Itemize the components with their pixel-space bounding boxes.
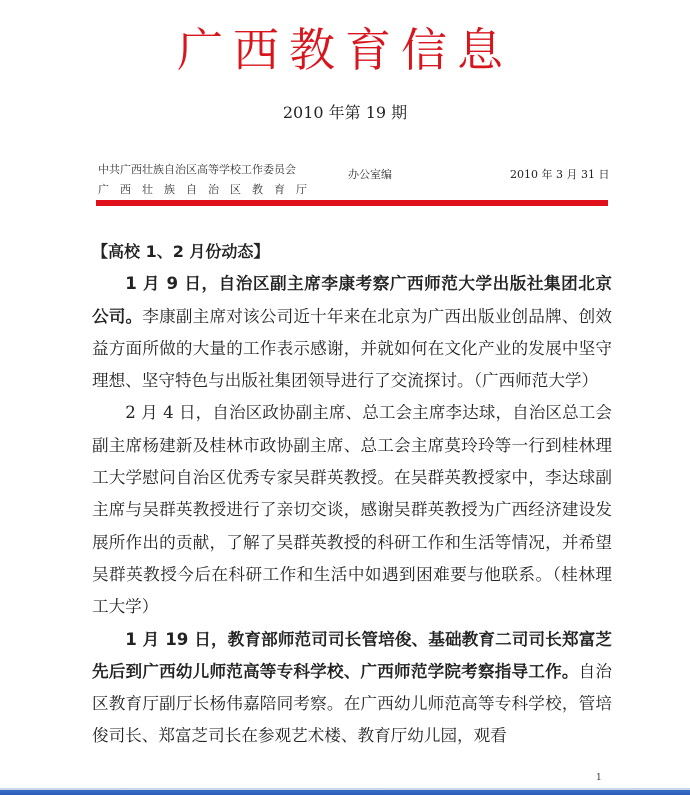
taskbar-edge — [0, 788, 690, 795]
page-number: 1 — [596, 773, 602, 783]
publisher-line-1: 中共广西壮族自治区高等学校工作委员会 — [98, 160, 318, 180]
paragraph-3-lead: 1 月 19 日，教育部师范司司长管培俊、基础教育二司司长郑富芝先后到广西幼儿师… — [92, 630, 612, 681]
paragraph-1-body: 李康副主席对该公司近十年来在北京为广西出版业创品牌、创效益方面所做的大量的工作表… — [92, 307, 612, 391]
issue-number: 2010 年第 19 期 — [0, 100, 690, 123]
publisher-line-2: 广西壮族自治区教育厅 — [98, 180, 318, 200]
section-heading: 【高校 1、2 月份动态】 — [92, 236, 612, 268]
article-body: 【高校 1、2 月份动态】 1 月 9 日，自治区副主席李康考察广西师范大学出版… — [92, 236, 612, 753]
paragraph-3: 1 月 19 日，教育部师范司司长管培俊、基础教育二司司长郑富芝先后到广西幼儿师… — [92, 624, 612, 753]
paragraph-2-body: 2 月 4 日，自治区政协副主席、总工会主席李达球，自治区总工会副主席杨建新及桂… — [92, 403, 612, 616]
paragraph-1: 1 月 9 日，自治区副主席李康考察广西师范大学出版社集团北京公司。李康副主席对… — [92, 268, 612, 397]
paragraph-2: 2 月 4 日，自治区政协副主席、总工会主席李达球，自治区总工会副主席杨建新及桂… — [92, 397, 612, 623]
masthead-title: 广西教育信息 — [0, 14, 690, 80]
editing-office: 办公室编 — [348, 166, 392, 182]
publisher-block: 中共广西壮族自治区高等学校工作委员会 广西壮族自治区教育厅 — [98, 160, 318, 200]
red-divider-rule — [96, 200, 608, 206]
publication-date: 2010 年 3 月 31 日 — [510, 166, 609, 182]
document-page: 广西教育信息 2010 年第 19 期 中共广西壮族自治区高等学校工作委员会 广… — [0, 0, 690, 788]
